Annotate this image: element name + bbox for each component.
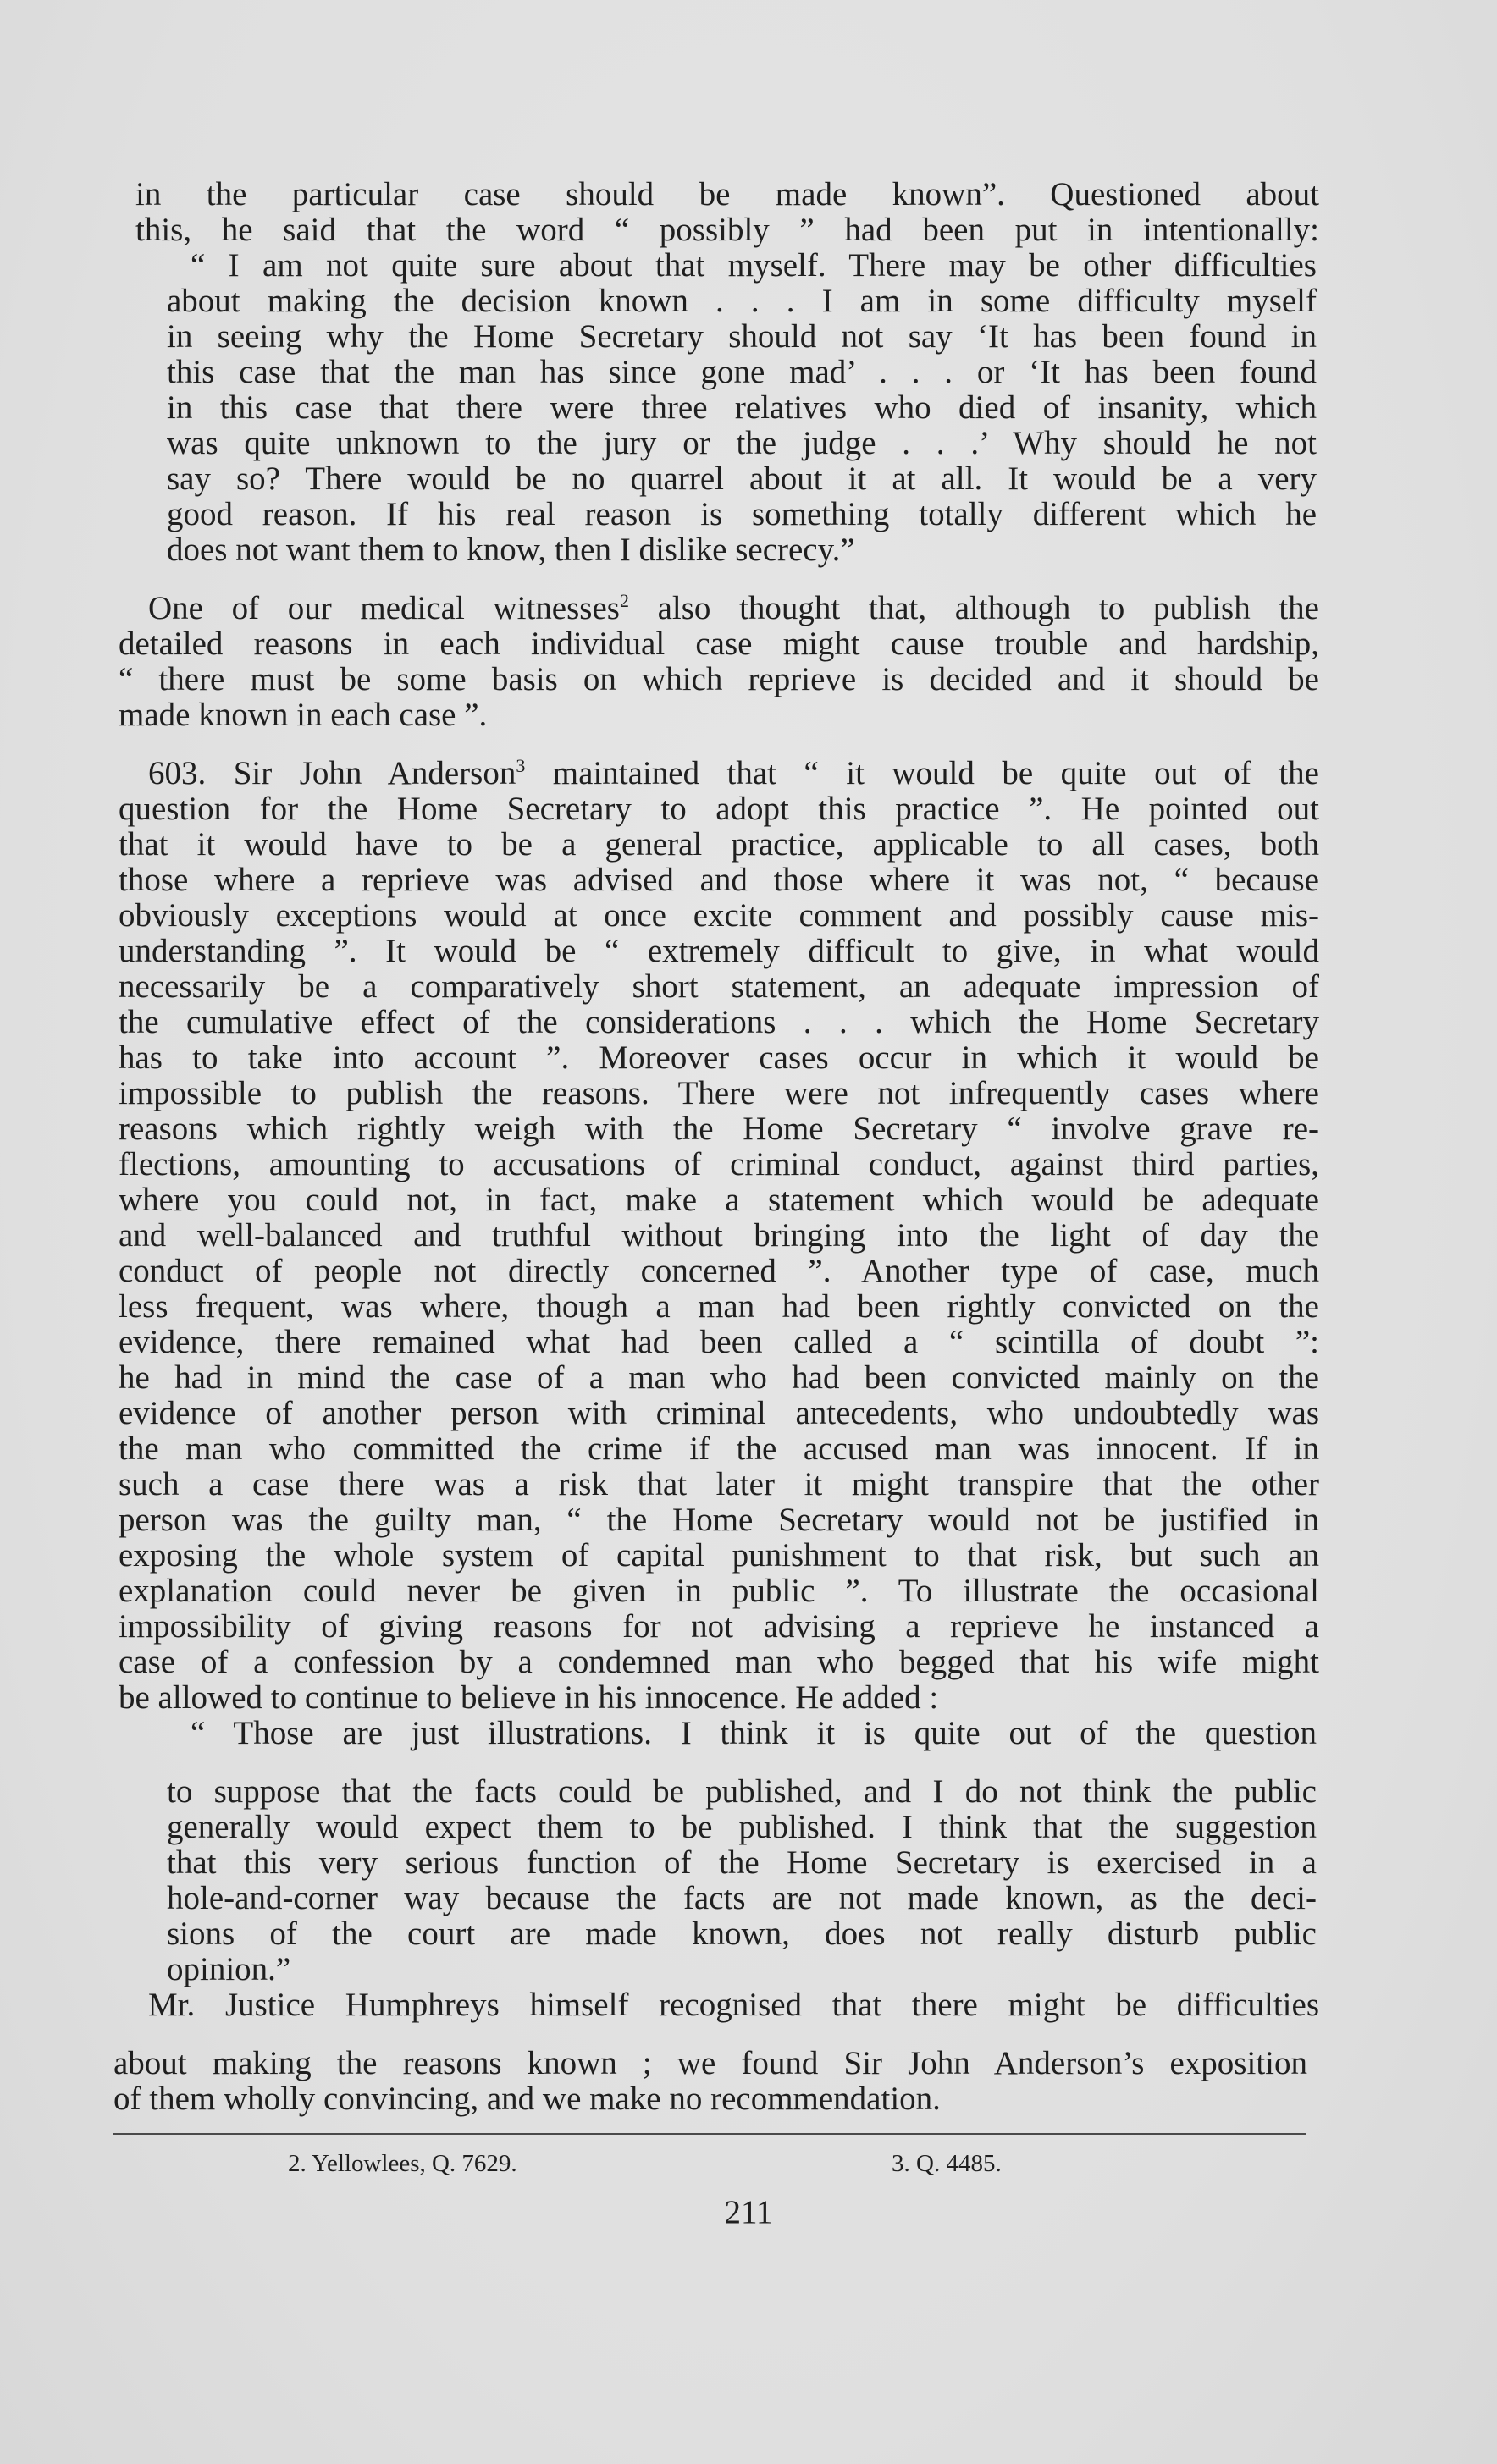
page-number: 211 <box>0 2194 1497 2231</box>
footnote-rule <box>113 2133 1306 2135</box>
text-line: evidence, there remained what had been c… <box>119 1324 1319 1361</box>
text-line: exposing the whole system of capital pun… <box>119 1537 1319 1574</box>
text-line: hole-and-corner way because the facts ar… <box>167 1880 1317 1917</box>
text-line: reasons which rightly weigh with the Hom… <box>119 1111 1319 1148</box>
text-line: “ I am not quite sure about that myself.… <box>191 247 1317 284</box>
text-line: case of a confession by a condemned man … <box>119 1644 1319 1681</box>
footnote-3: 3. Q. 4485. <box>892 2148 1002 2179</box>
text-line: does not want them to know, then I disli… <box>167 532 1317 569</box>
text-line: in this case that there were three relat… <box>167 389 1317 427</box>
scanned-page: in the particular case should be made kn… <box>0 0 1497 2464</box>
text-line: generally would expect them to be publis… <box>167 1809 1317 1846</box>
text-line: opinion.” <box>167 1951 1317 1988</box>
text-line: made known in each case ”. <box>119 697 1319 734</box>
text-line: Mr. Justice Humphreys himself recognised… <box>148 1987 1319 2024</box>
text-line: has to take into account ”. Moreover cas… <box>119 1039 1319 1077</box>
text-line: about making the reasons known ; we foun… <box>113 2045 1307 2082</box>
text-line: detailed reasons in each individual case… <box>119 626 1319 663</box>
text-line: question for the Home Secretary to adopt… <box>119 791 1319 828</box>
text-line: One of our medical witnesses2 also thoug… <box>148 590 1319 627</box>
text-line: necessarily be a comparatively short sta… <box>119 968 1319 1006</box>
text-line: such a case there was a risk that later … <box>119 1466 1319 1503</box>
text-line: impossibility of giving reasons for not … <box>119 1608 1319 1645</box>
footnote-ref-3: 3 <box>516 755 525 776</box>
text-line: “ Those are just illustrations. I think … <box>191 1715 1317 1752</box>
text-line: this case that the man has since gone ma… <box>167 354 1317 391</box>
text-line: in seeing why the Home Secretary should … <box>167 318 1317 356</box>
footnote-ref-2: 2 <box>620 590 629 611</box>
text-line: where you could not, in fact, make a sta… <box>119 1182 1319 1219</box>
text-line: less frequent, was where, though a man h… <box>119 1288 1319 1326</box>
text-line: explanation could never be given in publ… <box>119 1573 1319 1610</box>
text-line: good reason. If his real reason is somet… <box>167 496 1317 533</box>
text-line: “ there must be some basis on which repr… <box>119 661 1319 698</box>
text-line: evidence of another person with criminal… <box>119 1395 1319 1432</box>
text-line: impossible to publish the reasons. There… <box>119 1075 1319 1112</box>
text-line: the cumulative effect of the considerati… <box>119 1004 1319 1041</box>
text-line: be allowed to continue to believe in his… <box>119 1679 1319 1717</box>
text-line: about making the decision known . . . I … <box>167 283 1317 320</box>
text-line: those where a reprieve was advised and t… <box>119 862 1319 899</box>
text-line: of them wholly convincing, and we make n… <box>113 2081 1307 2118</box>
text-line: sions of the court are made known, does … <box>167 1916 1317 1953</box>
text-line: that it would have to be a general pract… <box>119 826 1319 863</box>
text-line: to suppose that the facts could be publi… <box>167 1773 1317 1811</box>
text-line: say so? There would be no quarrel about … <box>167 460 1317 498</box>
text-line: flections, amounting to accusations of c… <box>119 1146 1319 1183</box>
footnote-2: 2. Yellowlees, Q. 7629. <box>288 2148 517 2179</box>
text-line: the man who committed the crime if the a… <box>119 1430 1319 1468</box>
text-line: and well-balanced and truthful without b… <box>119 1217 1319 1254</box>
text-line: 603. Sir John Anderson3 maintained that … <box>148 755 1319 792</box>
text-line: he had in mind the case of a man who had… <box>119 1359 1319 1397</box>
text-line: understanding ”. It would be “ extremely… <box>119 933 1319 970</box>
text-line: that this very serious function of the H… <box>167 1844 1317 1882</box>
text-line: in the particular case should be made kn… <box>135 176 1319 213</box>
text-line: this, he said that the word “ possibly ”… <box>135 212 1319 249</box>
text-line: conduct of people not directly concerned… <box>119 1253 1319 1290</box>
text-line: obviously exceptions would at once excit… <box>119 897 1319 934</box>
text-line: person was the guilty man, “ the Home Se… <box>119 1502 1319 1539</box>
text-line: was quite unknown to the jury or the jud… <box>167 425 1317 462</box>
